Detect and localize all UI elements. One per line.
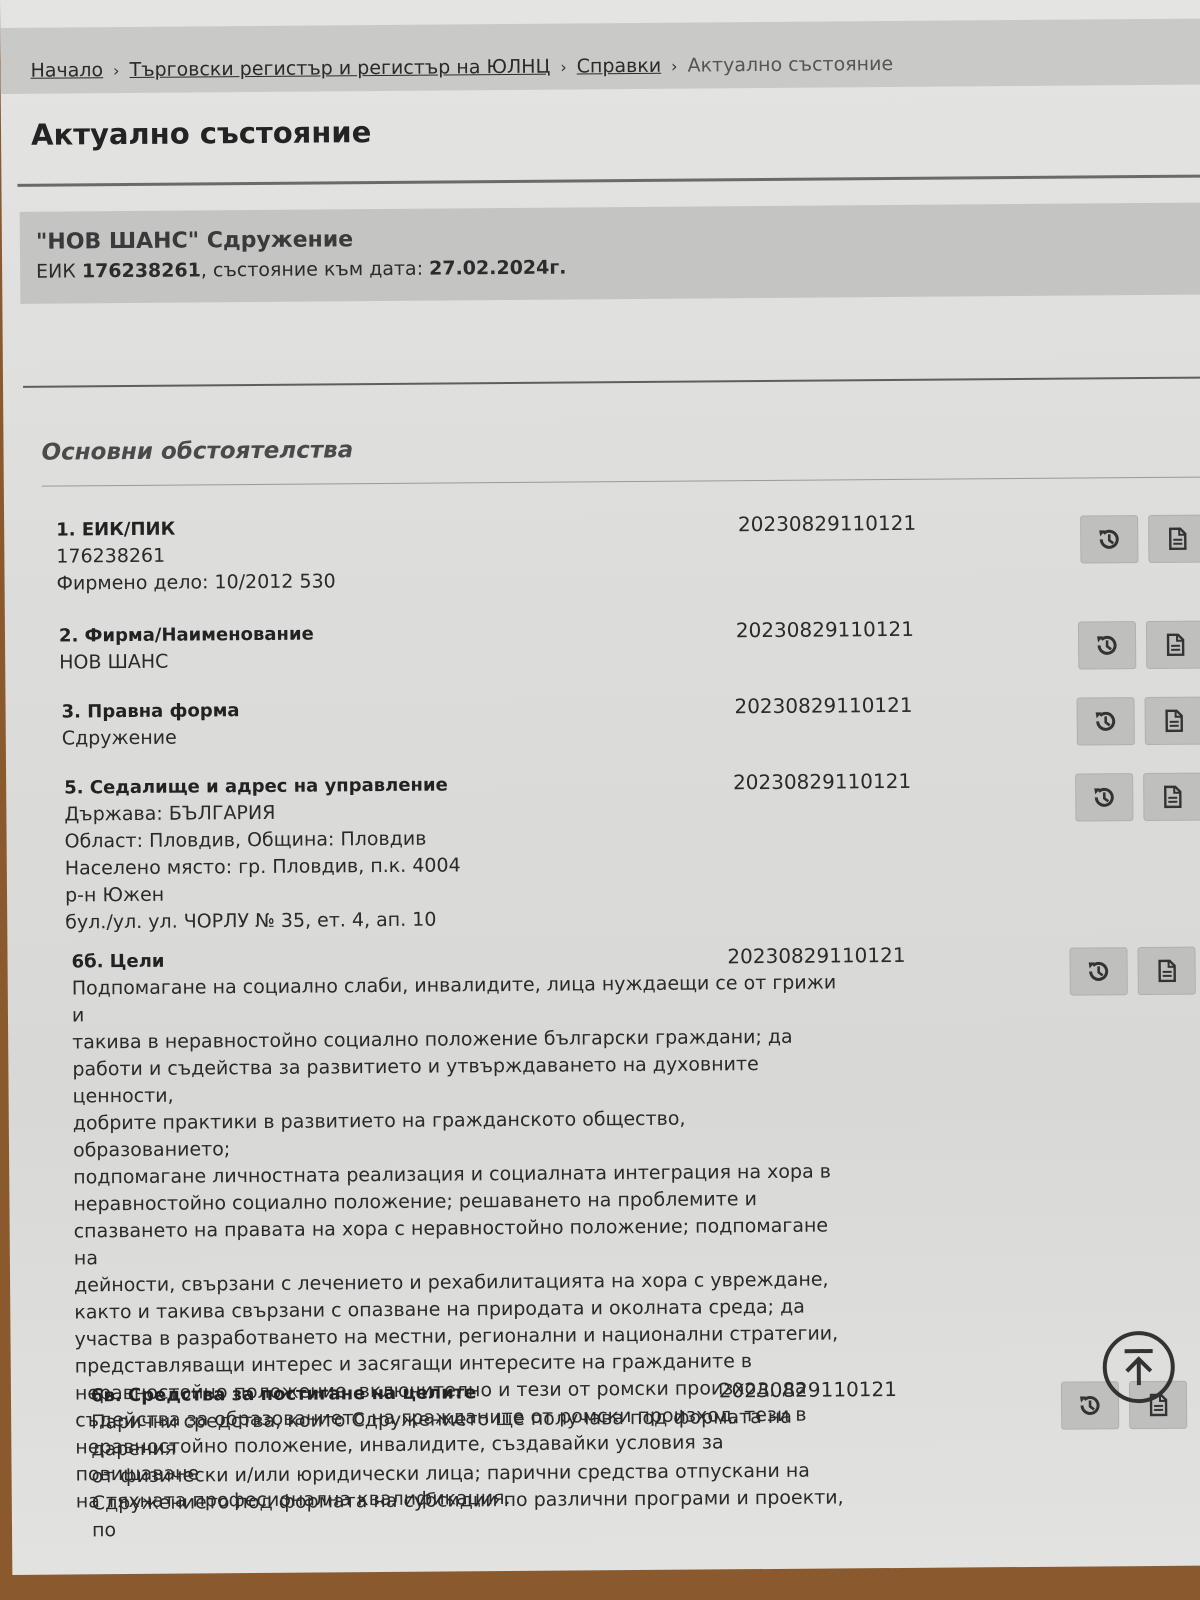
breadcrumb-separator: ›: [113, 61, 120, 80]
view-document-button[interactable]: [1137, 947, 1195, 995]
record-item: 3. Правна формаСдружение20230829110121: [61, 690, 1200, 752]
entity-summary: "НОВ ШАНС" Сдружение ЕИК 176238261, съст…: [20, 203, 1200, 304]
scroll-to-top-icon: [1117, 1345, 1161, 1389]
record-item: 1. ЕИК/ПИК176238261Фирмено дело: 10/2012…: [56, 508, 1200, 597]
breadcrumb-separator: ›: [560, 57, 567, 76]
history-icon: [1094, 632, 1120, 658]
record-item: 6в. Средства за постигане на целитеПарич…: [91, 1374, 1200, 1544]
divider: [17, 175, 1200, 187]
page: Начало › Търговски регистър и регистър н…: [0, 0, 1200, 1575]
history-icon: [1091, 784, 1117, 810]
document-icon: [1154, 958, 1180, 984]
section-title: Основни обстоятелства: [41, 437, 353, 465]
record-actions: [1075, 773, 1200, 822]
history-button[interactable]: [1075, 773, 1133, 821]
history-icon: [1093, 708, 1119, 734]
document-icon: [1164, 526, 1190, 552]
record-actions: [1078, 621, 1200, 670]
record-value-line: Подпомагане на социално слаби, инвалидит…: [72, 969, 842, 1029]
record-actions: [1080, 515, 1200, 564]
record-value-line: добрите практики в развитието на граждан…: [73, 1104, 843, 1164]
breadcrumb-reports[interactable]: Справки: [577, 55, 662, 78]
breadcrumb-trade-register[interactable]: Търговски регистър и регистър на ЮЛНЦ: [129, 56, 550, 81]
entity-meta: ЕИК 176238261, състояние към дата: 27.02…: [36, 252, 1194, 283]
breadcrumb-home[interactable]: Начало: [30, 59, 103, 82]
record-item: 2. Фирма/НаименованиеНОВ ШАНС20230829110…: [59, 614, 1200, 676]
history-button[interactable]: [1078, 621, 1136, 669]
view-document-button[interactable]: [1148, 515, 1200, 563]
history-icon: [1096, 526, 1122, 552]
history-icon: [1086, 958, 1112, 984]
document-icon: [1161, 708, 1187, 734]
state-date: 27.02.2024г.: [429, 257, 567, 280]
breadcrumb-separator: ›: [671, 56, 678, 75]
record-value-line: Фирмено дело: 10/2012 530: [56, 565, 826, 598]
record-value-line: спазването на правата на хора с неравнос…: [74, 1212, 844, 1272]
registration-number: 20230829110121: [692, 693, 912, 719]
breadcrumb: Начало › Търговски регистър и регистър н…: [0, 18, 1200, 94]
divider: [23, 376, 1200, 387]
history-button[interactable]: [1077, 697, 1135, 745]
breadcrumb-current: Актуално състояние: [687, 53, 893, 77]
document-icon: [1162, 632, 1188, 658]
eik-value: 176238261: [82, 259, 201, 282]
record-actions: [1069, 947, 1195, 996]
page-title: Актуално състояние: [31, 115, 372, 152]
history-button[interactable]: [1069, 947, 1127, 995]
history-button[interactable]: [1080, 515, 1138, 563]
registration-number: 20230829110121: [677, 1377, 897, 1403]
view-document-button[interactable]: [1146, 621, 1200, 669]
record-value-line: бул./ул. ул. ЧОРЛУ № 35, ет. 4, ап. 10: [65, 903, 835, 936]
document-icon: [1159, 784, 1185, 810]
divider: [42, 476, 1200, 486]
record-item: 5. Седалище и адрес на управлениеДържава…: [64, 766, 1200, 936]
state-label: , състояние към дата:: [201, 258, 423, 282]
registration-number: 20230829110121: [696, 511, 916, 537]
record-value-line: Сдружението под формата на субсидии по р…: [92, 1484, 862, 1544]
record-value-line: Парични средства, които Сдружението ще п…: [91, 1403, 861, 1463]
entity-name: "НОВ ШАНС" Сдружение: [36, 221, 1194, 255]
registration-number: 20230829110121: [685, 943, 905, 969]
record-value-line: работи и съдейства за развитието и утвър…: [72, 1050, 842, 1110]
record-actions: [1077, 697, 1200, 746]
history-icon: [1077, 1392, 1103, 1418]
scroll-to-top-button[interactable]: [1102, 1331, 1175, 1404]
view-document-button[interactable]: [1145, 697, 1200, 745]
view-document-button[interactable]: [1143, 773, 1200, 821]
eik-label: ЕИК: [36, 260, 76, 282]
registration-number: 20230829110121: [694, 617, 914, 643]
registration-number: 20230829110121: [691, 769, 911, 795]
